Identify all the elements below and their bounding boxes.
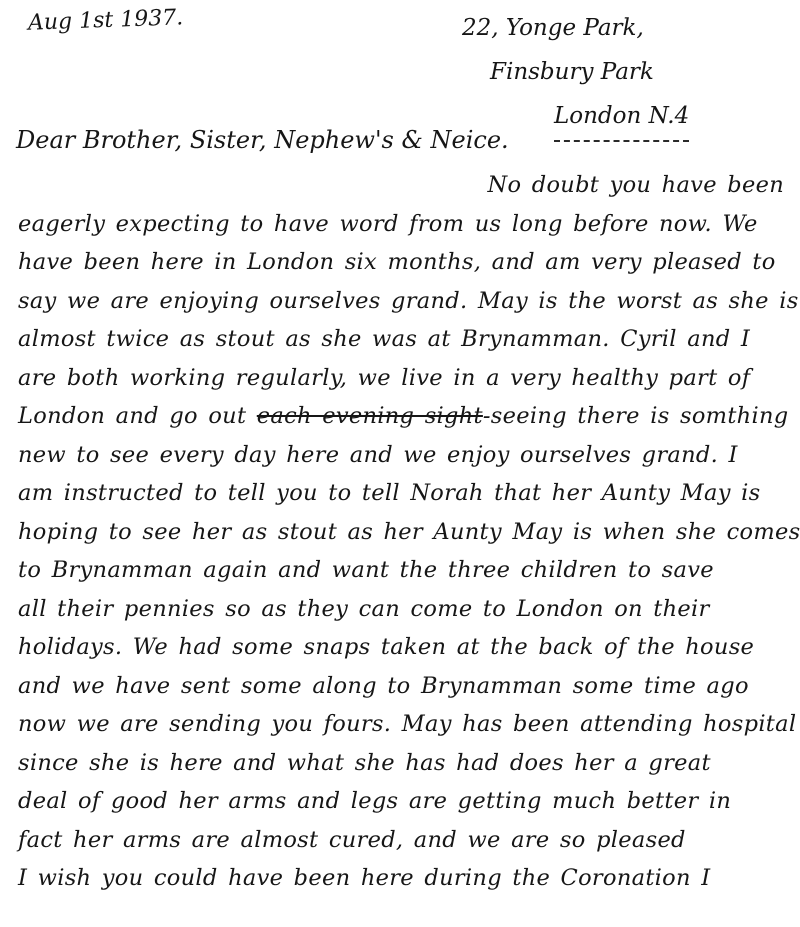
address-city-underlined-text: London N.4 <box>554 94 689 142</box>
body-line: have been here in London six months, and… <box>18 243 790 282</box>
letter-date: Aug 1st 1937. <box>28 5 184 35</box>
body-line: almost twice as stout as she was at Bryn… <box>18 320 790 359</box>
letter-page: Aug 1st 1937. 22, Yonge Park, Finsbury P… <box>0 0 800 927</box>
body-line: since she is here and what she has had d… <box>18 744 790 783</box>
body-line-with-strikethrough: London and go out each evening sight-see… <box>18 397 790 436</box>
body-line: now we are sending you fours. May has be… <box>18 705 790 744</box>
body-line: hoping to see her as stout as her Aunty … <box>18 513 790 552</box>
body-line: holidays. We had some snaps taken at the… <box>18 628 790 667</box>
letter-body: No doubt you have been eagerly expecting… <box>18 166 790 898</box>
body-line: deal of good her arms and legs are getti… <box>18 782 790 821</box>
body-line: eagerly expecting to have word from us l… <box>18 205 790 244</box>
body-line: all their pennies so as they can come to… <box>18 590 790 629</box>
body-line: am instructed to tell you to tell Norah … <box>18 474 790 513</box>
strike-line-pre: London and go out <box>18 403 257 429</box>
body-line: I wish you could have been here during t… <box>18 859 790 898</box>
body-line: and we have sent some along to Brynamman… <box>18 667 790 706</box>
salutation: Dear Brother, Sister, Nephew's & Neice. <box>16 126 509 154</box>
strikethrough-text: each evening sight <box>257 403 483 429</box>
address-line-district: Finsbury Park <box>490 50 689 94</box>
body-line: are both working regularly, we live in a… <box>18 359 790 398</box>
body-opening-line: No doubt you have been <box>18 166 790 205</box>
body-line: to Brynamman again and want the three ch… <box>18 551 790 590</box>
address-line-street: 22, Yonge Park, <box>462 6 689 50</box>
body-line: new to see every day here and we enjoy o… <box>18 436 790 475</box>
strike-line-post: -seeing there is somthing <box>483 403 789 429</box>
address-line-city: London N.4 <box>554 94 689 142</box>
body-line: say we are enjoying ourselves grand. May… <box>18 282 790 321</box>
sender-address: 22, Yonge Park, Finsbury Park London N.4 <box>462 6 689 142</box>
body-line: fact her arms are almost cured, and we a… <box>18 821 790 860</box>
